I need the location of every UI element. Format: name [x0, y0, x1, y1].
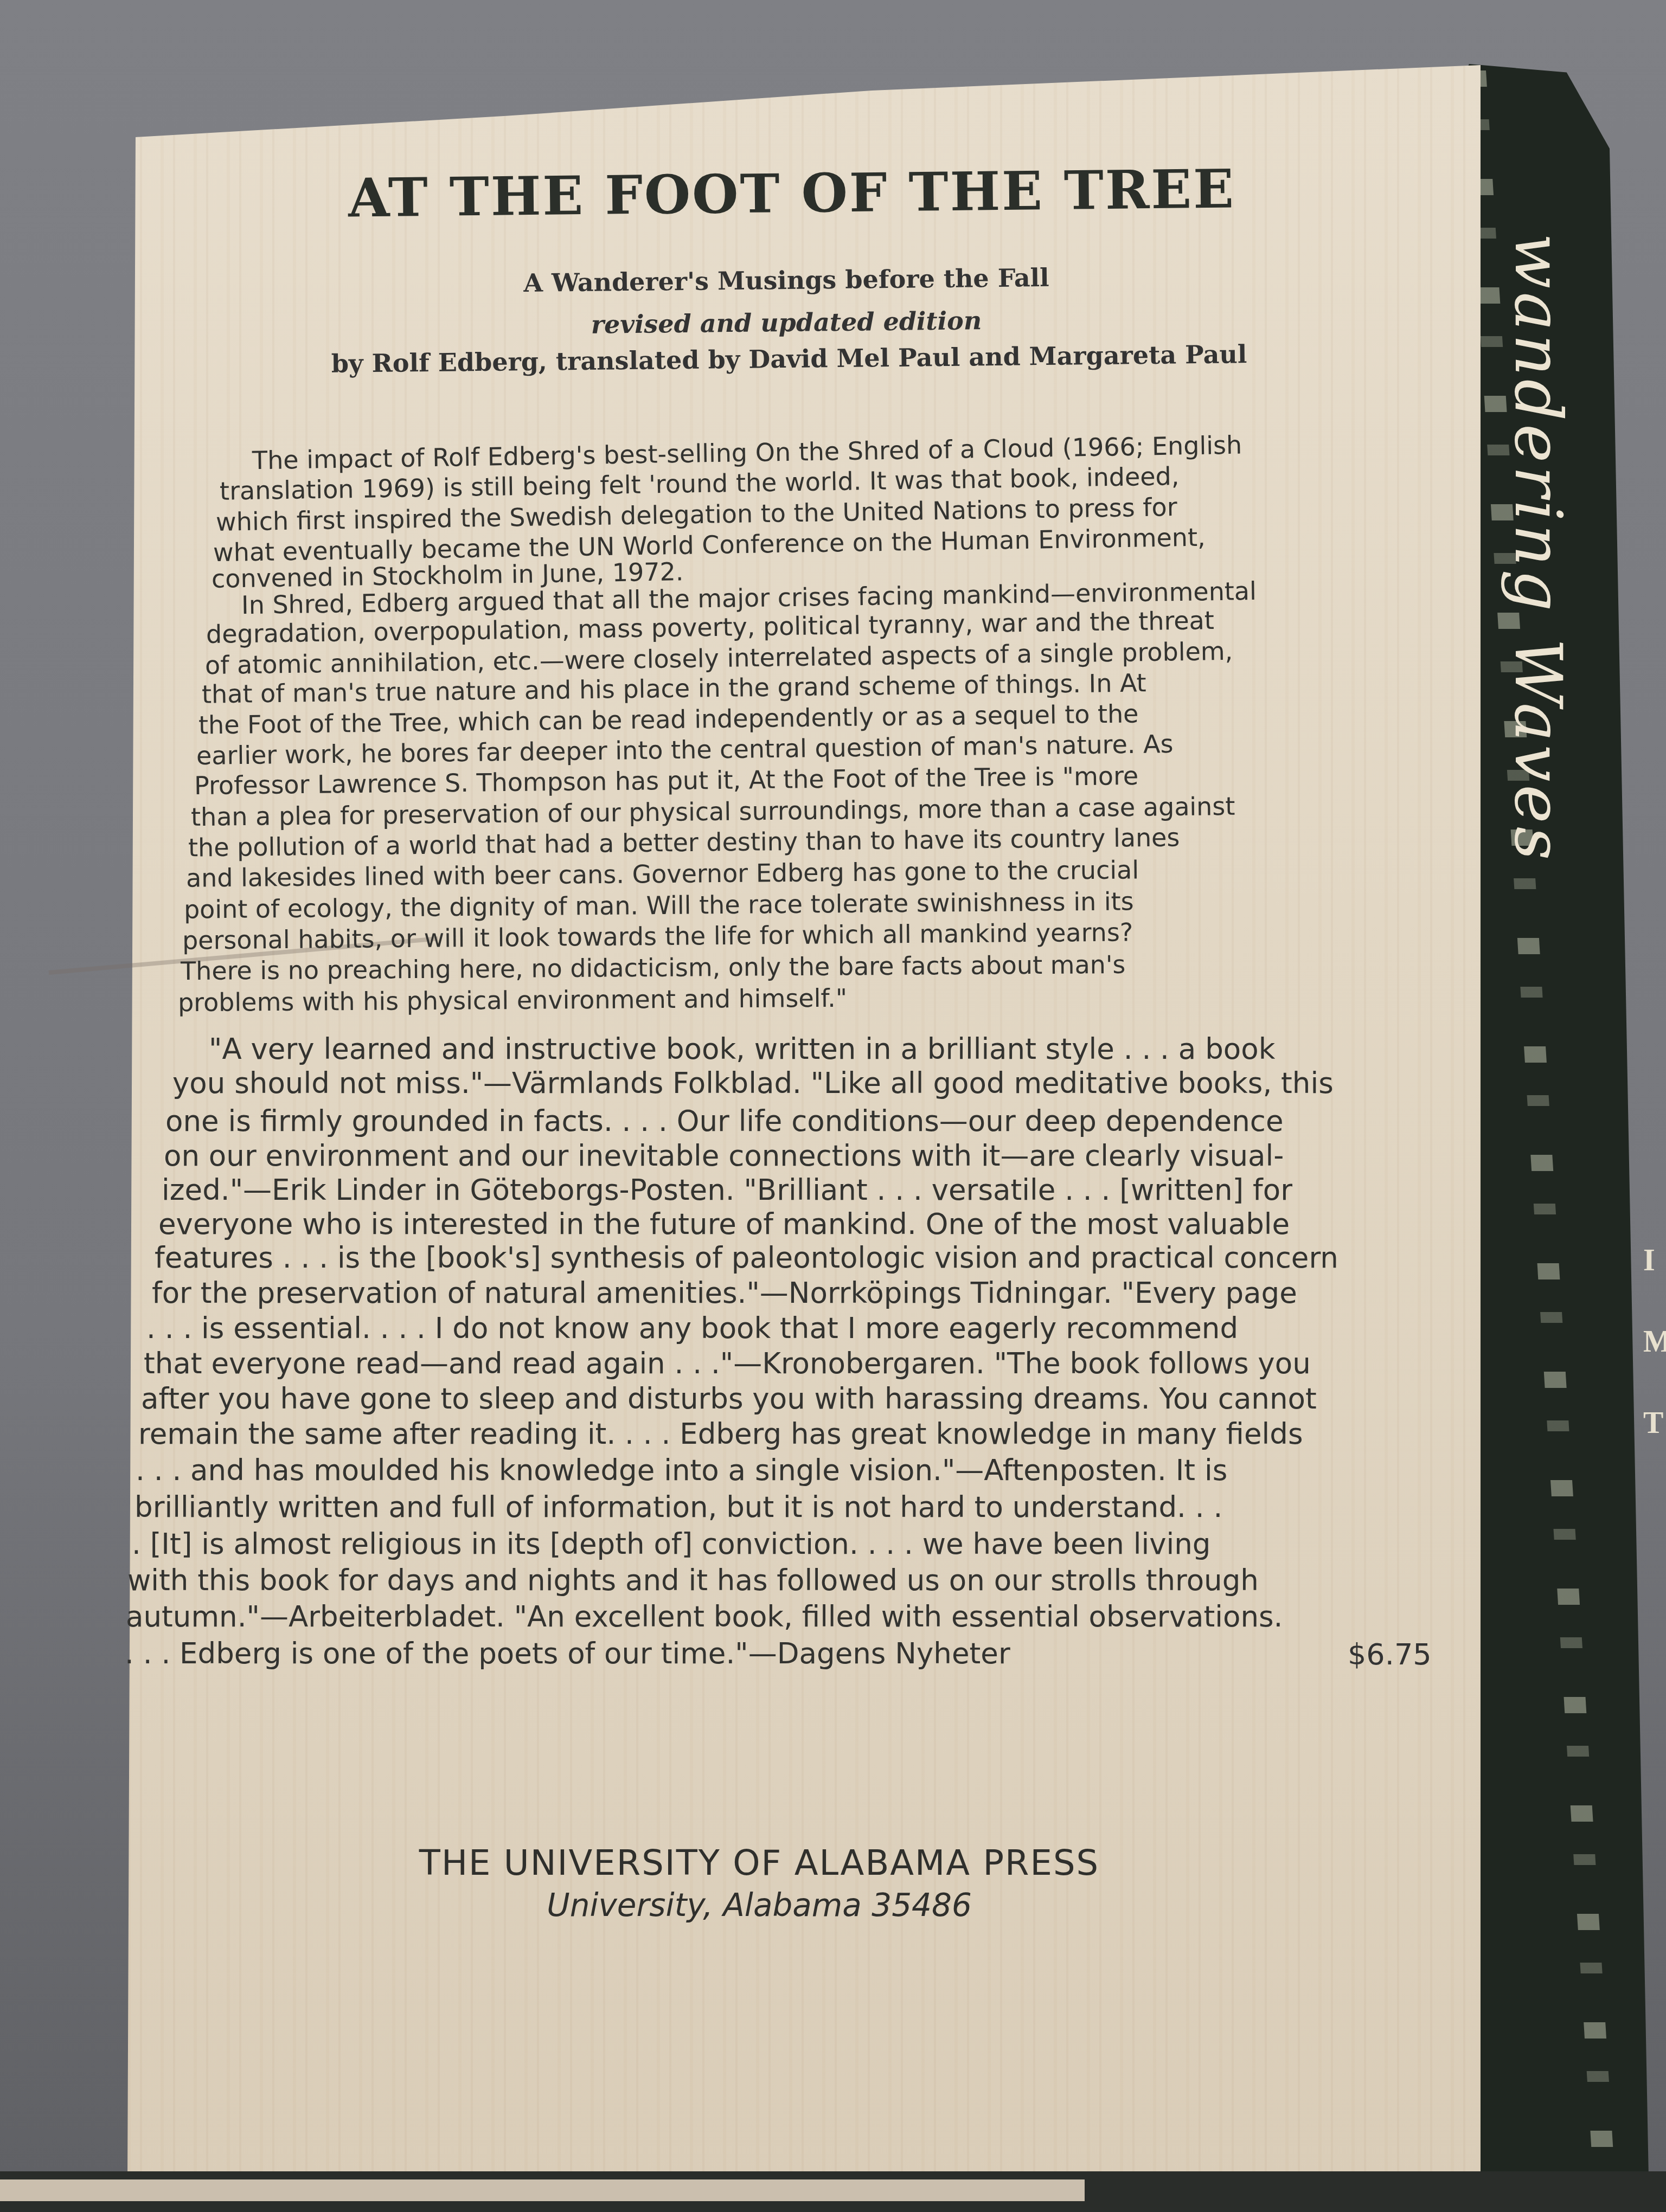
blurb-line: problems with his physical environment a… [178, 983, 847, 1018]
review-line: you should not miss."—Värmlands Folkblad… [172, 1067, 1334, 1100]
review-line: features . . . is the [book's] synthesis… [155, 1242, 1338, 1275]
edition-note: revised and updated edition [271, 303, 1302, 343]
book-title: AT THE FOOT OF THE TREE [303, 158, 1280, 230]
blurb-line: personal habits, or will it look towards… [182, 917, 1133, 955]
review-line: on our environment and our inevitable co… [164, 1140, 1284, 1173]
review-line: "A very learned and instructive book, wr… [209, 1033, 1275, 1066]
review-line: ized."—Erik Linder in Göteborgs-Posten. … [162, 1174, 1292, 1207]
review-line: . . . is essential. . . . I do not know … [146, 1312, 1238, 1345]
review-line: . [It] is almost religious in its [depth… [132, 1528, 1211, 1561]
review-line: remain the same after reading it. . . . … [138, 1418, 1303, 1451]
review-line: that everyone read—and read again . . ."… [144, 1347, 1311, 1380]
blurb-line: There is no preaching here, no didactici… [181, 950, 1126, 986]
review-line: brilliantly written and full of informat… [134, 1491, 1222, 1524]
price-label: $6.75 [1348, 1637, 1432, 1671]
review-line: one is firmly grounded in facts. . . . O… [165, 1105, 1284, 1138]
review-line: . . . and has moulded his knowledge into… [136, 1454, 1227, 1487]
review-line: . . . Edberg is one of the poets of our … [125, 1637, 1010, 1670]
review-line: autumn."—Arbeiterbladet. "An excellent b… [126, 1600, 1283, 1634]
jacket-content: AT THE FOOT OF THE TREE A Wanderer's Mus… [0, 0, 1666, 2212]
review-line: after you have gone to sleep and disturb… [141, 1382, 1317, 1416]
publisher-name: THE UNIVERSITY OF ALABAMA PRESS [380, 1843, 1139, 1883]
review-line: for the preservation of natural amenitie… [152, 1277, 1297, 1310]
author-byline: by Rolf Edberg, translated by David Mel … [233, 338, 1345, 379]
review-line: with this book for days and nights and i… [127, 1564, 1259, 1597]
book-subtitle: A Wanderer's Musings before the Fall [271, 260, 1302, 300]
review-line: everyone who is interested in the future… [158, 1208, 1290, 1241]
publisher-address: University, Alabama 35486 [380, 1887, 1139, 1924]
